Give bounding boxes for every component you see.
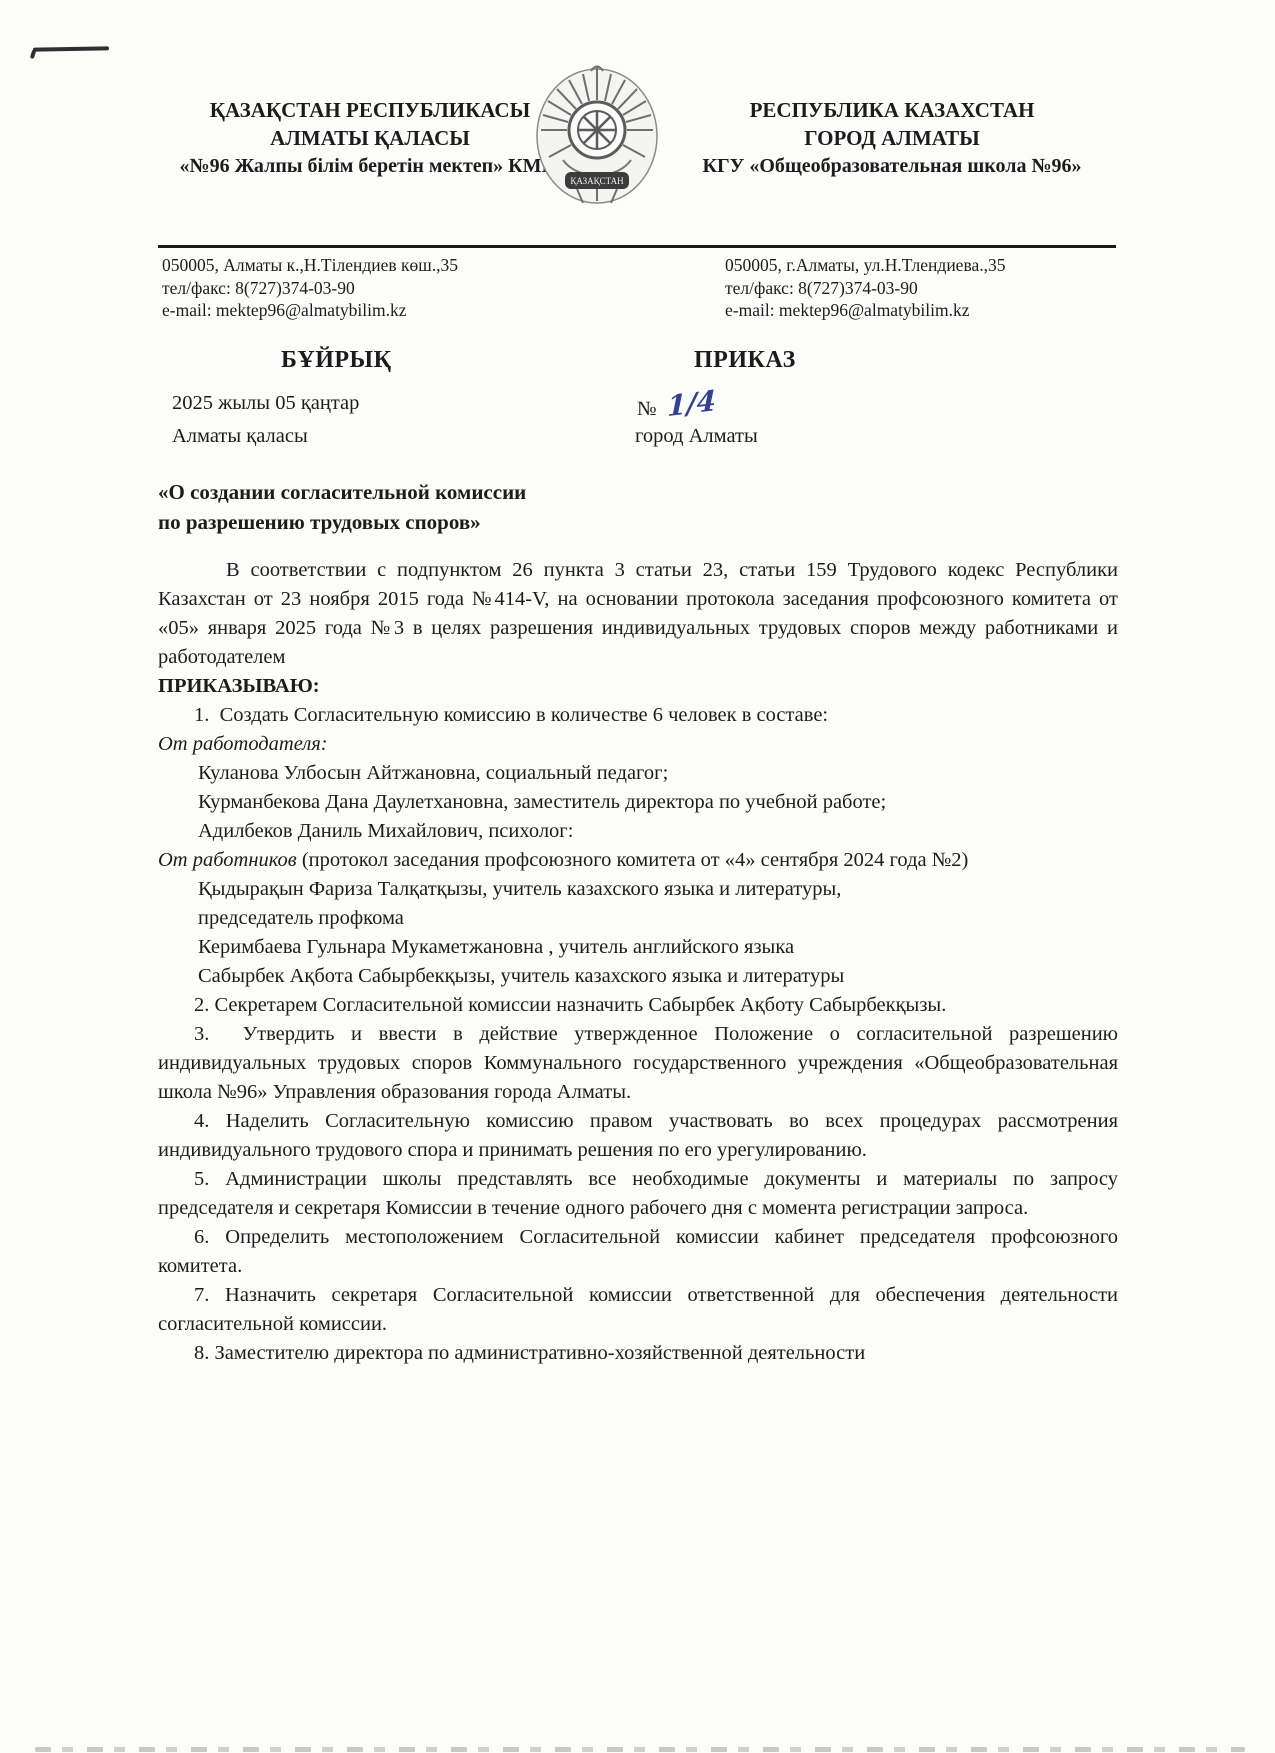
body-paragraph: Сабырбек Ақбота Сабырбекқызы, учитель ка… [158,962,1118,991]
order-title-kk: БҰЙРЫҚ [281,347,392,374]
org-city-kk: АЛМАТЫ ҚАЛАСЫ [158,124,582,152]
order-number: №1/4 [637,392,716,421]
org-name-kk: «№96 Жалпы білім беретін мектеп» КММ [158,152,582,180]
body-paragraph: В соответствии с подпунктом 26 пункта 3 … [158,556,1118,672]
email-ru: e-mail: mektep96@almatybilim.kz [725,299,1006,322]
body-paragraph: От работников (протокол заседания профсо… [158,846,1118,875]
body-paragraph: Куланова Улбосын Айтжановна, социальный … [158,759,1118,788]
order-body: В соответствии с подпунктом 26 пункта 3 … [158,556,1118,1368]
body-paragraph: председатель профкома [158,904,1118,933]
body-paragraph: 7. Назначить секретаря Согласительной ко… [158,1281,1118,1339]
order-title-ru: ПРИКАЗ [694,347,796,374]
order-date-kk: 2025 жылы 05 қаңтар [172,392,359,415]
body-paragraph: Курманбекова Дана Даулетхановна, замести… [158,788,1118,817]
body-paragraph: От работодателя: [158,730,1118,759]
letterhead-kazakh: ҚАЗАҚСТАН РЕСПУБЛИКАСЫ АЛМАТЫ ҚАЛАСЫ «№9… [158,96,582,180]
body-paragraph: 4. Наделить Согласительную комиссию прав… [158,1107,1118,1165]
letterhead-divider [158,245,1116,248]
scan-edge-bottom [35,1747,1245,1752]
order-subject-line2: по разрешению трудовых споров» [158,507,526,537]
org-city-ru: ГОРОД АЛМАТЫ [686,124,1098,152]
order-number-handwritten: 1/4 [666,387,715,421]
body-paragraph: 1. Создать Согласительную комиссию в кол… [158,701,1118,730]
phone-kk: тел/факс: 8(727)374-03-90 [162,277,458,300]
body-paragraph: 6. Определить местоположением Согласител… [158,1223,1118,1281]
address-kk: 050005, Алматы к.,Н.Тілендиев көш.,35 [162,254,458,277]
email-kk: e-mail: mektep96@almatybilim.kz [162,299,458,322]
org-name-ru: КГУ «Общеобразовательная школа №96» [686,152,1098,180]
body-paragraph: Қыдырақын Фариза Талқатқызы, учитель каз… [158,875,1118,904]
body-paragraph: 2. Секретарем Согласительной комиссии на… [158,991,1118,1020]
address-ru: 050005, г.Алматы, ул.Н.Тлендиева.,35 [725,254,1006,277]
emblem-banner-text: ҚАЗАҚСТАН [570,176,624,186]
org-country-kk: ҚАЗАҚСТАН РЕСПУБЛИКАСЫ [158,96,582,124]
order-city-kk: Алматы қаласы [172,425,308,448]
body-paragraph: Керимбаева Гульнара Мукаметжановна , учи… [158,933,1118,962]
order-subject: «О создании согласительной комиссии по р… [158,477,526,537]
contact-block-ru: 050005, г.Алматы, ул.Н.Тлендиева.,35 тел… [725,254,1006,322]
scanned-order-document: ҚАЗАҚСТАН РЕСПУБЛИКАСЫ АЛМАТЫ ҚАЛАСЫ «№9… [0,0,1275,1753]
contact-block-kk: 050005, Алматы к.,Н.Тілендиев көш.,35 те… [162,254,458,322]
kazakhstan-coat-of-arms-icon: ҚАЗАҚСТАН [533,64,661,208]
body-paragraph: 5. Администрации школы представлять все … [158,1165,1118,1223]
scan-artifact-line [33,46,109,51]
org-country-ru: РЕСПУБЛИКА КАЗАХСТАН [686,96,1098,124]
order-number-label: № [637,398,657,420]
order-city-ru: город Алматы [635,425,758,448]
body-paragraph: ПРИКАЗЫВАЮ: [158,672,1118,701]
body-paragraph: 3. Утвердить и ввести в действие утвержд… [158,1020,1118,1107]
body-paragraph: Адилбеков Даниль Михайлович, психолог: [158,817,1118,846]
letterhead-russian: РЕСПУБЛИКА КАЗАХСТАН ГОРОД АЛМАТЫ КГУ «О… [686,96,1098,180]
body-paragraph: 8. Заместителю директора по администрати… [158,1339,1118,1368]
phone-ru: тел/факс: 8(727)374-03-90 [725,277,1006,300]
order-subject-line1: «О создании согласительной комиссии [158,477,526,507]
